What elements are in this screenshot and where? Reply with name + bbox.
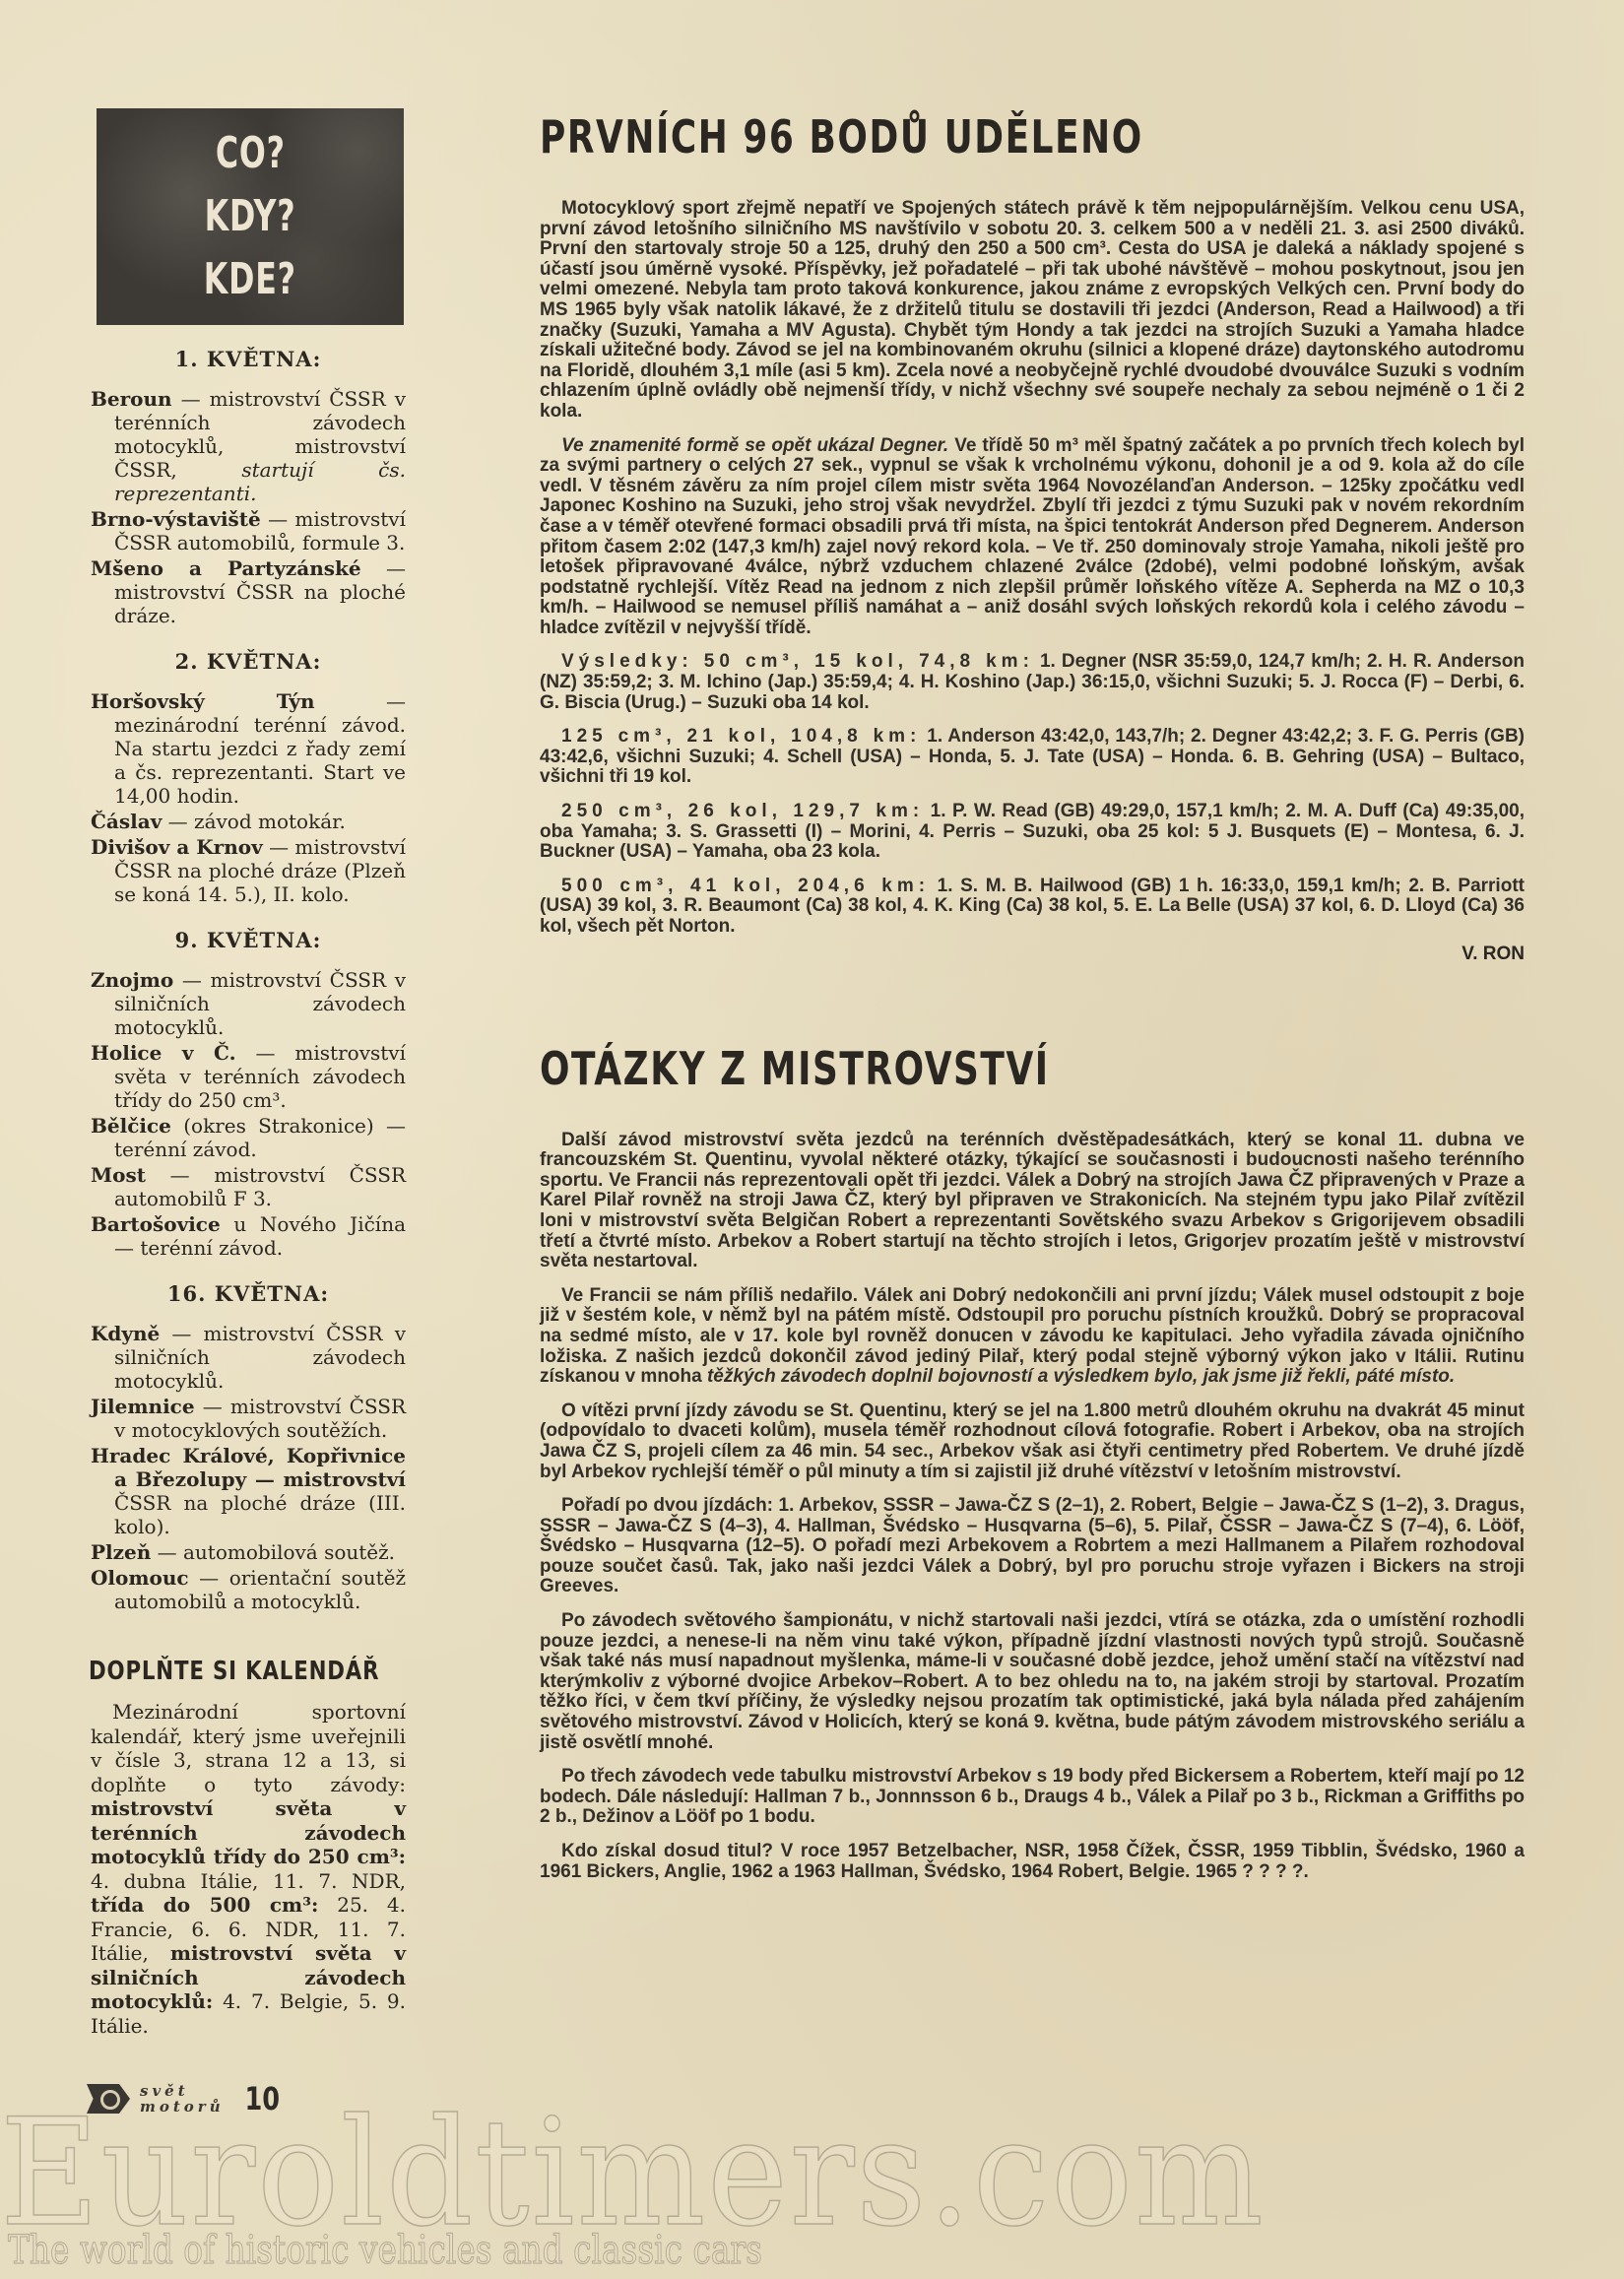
event-place: Bartošovice	[91, 1212, 221, 1236]
article1-p2-text: Ve třídě 50 m³ měl špatný začátek a po p…	[540, 435, 1525, 638]
event-item: Znojmo — mistrovství ČSSR v silničních z…	[91, 968, 406, 1039]
event-item: Holice v Č. — mistrovství světa v terénn…	[91, 1041, 406, 1112]
logo-line-1: svět	[140, 2083, 225, 2099]
magazine-page: CO? KDY? KDE? 1. KVĚTNA:Beroun — mistrov…	[0, 0, 1624, 2279]
article2-paragraph-2: Ve Francii se nám příliš nedařilo. Válek…	[540, 1286, 1525, 1388]
svet-motoru-logo: svět motorů 10	[87, 2080, 284, 2117]
results-list: Výsledky: 50 cm³, 15 kol, 74,8 km: 1. De…	[540, 652, 1525, 937]
date-heading: 16. KVĚTNA:	[91, 1281, 406, 1306]
result-class-heading: 125 cm³, 21 kol, 104,8 km:	[561, 726, 921, 747]
articles-column: PRVNÍCH 96 BODŮ UDĚLENO Motocyklový spor…	[540, 110, 1525, 1896]
event-item: Horšovský Týn — mezinárodní terénní závo…	[91, 689, 406, 808]
event-description: — automobilová soutěž.	[151, 1540, 395, 1564]
event-item: Bělčice (okres Strakonice) — terénní záv…	[91, 1114, 406, 1161]
event-place: Horšovský Týn	[91, 689, 315, 713]
logo-text: svět motorů	[140, 2083, 225, 2115]
result-class-heading: 250 cm³, 26 kol, 129,7 km:	[561, 801, 924, 821]
event-place: Olomouc	[91, 1566, 189, 1590]
event-description: — mistrovství ČSSR automobilů F 3.	[114, 1163, 406, 1210]
event-place: Plzeň	[91, 1540, 151, 1564]
result-paragraph: 500 cm³, 41 kol, 204,6 km: 1. S. M. B. H…	[540, 877, 1525, 938]
date-heading: 2. KVĚTNA:	[91, 649, 406, 674]
article1-byline: V. RON	[540, 944, 1525, 965]
event-description: — závod motokár.	[162, 810, 346, 833]
event-item: Divišov a Krnov — mistrovství ČSSR na pl…	[91, 835, 406, 906]
event-place: Jilemnice	[91, 1395, 195, 1418]
article2-headline: OTÁZKY Z MISTROVSTVÍ	[540, 1042, 1308, 1095]
event-place: Čáslav	[91, 810, 162, 833]
article2-p2-italic: těžkých závodech doplnil bojovností a vý…	[707, 1366, 1455, 1387]
result-class-heading: 500 cm³, 41 kol, 204,6 km:	[561, 876, 930, 896]
box-line-1: CO?	[216, 124, 286, 183]
result-class-heading: Výsledky: 50 cm³, 15 kol, 74,8 km:	[561, 651, 1034, 672]
date-heading: 1. KVĚTNA:	[91, 347, 406, 371]
event-item: Brno-výstaviště — mistrovství ČSSR autom…	[91, 507, 406, 554]
article2-paragraph-6: Po třech závodech vede tabulku mistrovst…	[540, 1767, 1525, 1828]
result-paragraph: Výsledky: 50 cm³, 15 kol, 74,8 km: 1. De…	[540, 652, 1525, 713]
event-item: Beroun — mistrovství ČSSR v terénních zá…	[91, 387, 406, 505]
date-heading: 9. KVĚTNA:	[91, 928, 406, 952]
event-item: Olomouc — orientační soutěž automobilů a…	[91, 1566, 406, 1613]
event-item: Bartošovice u Nového Jičína — terénní zá…	[91, 1212, 406, 1260]
event-place: Most	[91, 1163, 146, 1187]
box-line-3: KDE?	[204, 250, 296, 309]
result-paragraph: 125 cm³, 21 kol, 104,8 km: 1. Anderson 4…	[540, 727, 1525, 788]
calendar-body: Mezinárodní sportovní kalendář, který js…	[91, 1700, 406, 2038]
cal-bold-1: mistrovství světa v terénních závodech m…	[91, 1796, 406, 1868]
event-place: Bělčice	[91, 1114, 171, 1138]
result-paragraph: 250 cm³, 26 kol, 129,7 km: 1. P. W. Read…	[540, 802, 1525, 863]
article1-paragraph-2: Ve znamenité formě se opět ukázal Degner…	[540, 436, 1525, 639]
box-line-2: KDY?	[205, 187, 296, 246]
event-place: Beroun	[91, 387, 172, 411]
article2-paragraph-3: O vítězi první jízdy závodu se St. Quent…	[540, 1401, 1525, 1482]
article1-headline: PRVNÍCH 96 BODŮ UDĚLENO	[540, 110, 1308, 163]
date-sections: 1. KVĚTNA:Beroun — mistrovství ČSSR v te…	[91, 347, 406, 1613]
watermark-tagline: The world of historic vehicles and class…	[8, 2228, 762, 2273]
article1-paragraph-1: Motocyklový sport zřejmě nepatří ve Spoj…	[540, 199, 1525, 423]
article2-paragraph-5: Po závodech světového šampionátu, v nich…	[540, 1611, 1525, 1753]
event-item: Kdyně — mistrovství ČSSR v silničních zá…	[91, 1322, 406, 1393]
logo-line-2: motorů	[140, 2099, 225, 2115]
article2-paragraph-4: Pořadí po dvou jízdách: 1. Arbekov, SSSR…	[540, 1496, 1525, 1597]
logo-arrow-icon	[87, 2084, 130, 2114]
event-item: Jilemnice — mistrovství ČSSR v motocyklo…	[91, 1395, 406, 1442]
co-kdy-kde-box: CO? KDY? KDE?	[97, 108, 404, 325]
cal-text-2: 4. dubna Itálie, 11. 7. NDR,	[91, 1869, 406, 1893]
event-place: Brno-výstaviště	[91, 507, 261, 531]
event-place: Divišov a Krnov	[91, 835, 263, 859]
event-item: Plzeň — automobilová soutěž.	[91, 1540, 406, 1564]
event-place: Znojmo	[91, 968, 173, 992]
event-description: ČSSR na ploché dráze (III. kolo).	[114, 1491, 406, 1538]
event-place: Holice v Č.	[91, 1041, 236, 1065]
event-item: Most — mistrovství ČSSR automobilů F 3.	[91, 1163, 406, 1210]
event-place: Hradec Králové, Kopřivnice a Březolupy —…	[91, 1444, 406, 1491]
article1-lead-italic: Ve znamenité formě se opět ukázal Degner…	[561, 435, 948, 456]
page-number: 10	[244, 2080, 280, 2117]
event-place: Mšeno a Partyzánské	[91, 556, 361, 580]
cal-bold-2: třída do 500 cm³:	[91, 1893, 318, 1917]
cal-text-1: Mezinárodní sportovní kalendář, který js…	[91, 1700, 406, 1796]
article2-paragraph-7: Kdo získal dosud titul? V roce 1957 Betz…	[540, 1842, 1525, 1882]
event-item: Čáslav — závod motokár.	[91, 810, 406, 833]
article2-paragraph-1: Další závod mistrovství světa jezdců na …	[540, 1131, 1525, 1272]
event-item: Mšeno a Partyzánské — mistrovství ČSSR n…	[91, 556, 406, 627]
calendar-heading: DOPLŇTE SI KALENDÁŘ	[89, 1657, 349, 1686]
event-calendar-column: CO? KDY? KDE? 1. KVĚTNA:Beroun — mistrov…	[91, 108, 406, 2038]
event-item: Hradec Králové, Kopřivnice a Březolupy —…	[91, 1444, 406, 1538]
event-place: Kdyně	[91, 1322, 160, 1345]
